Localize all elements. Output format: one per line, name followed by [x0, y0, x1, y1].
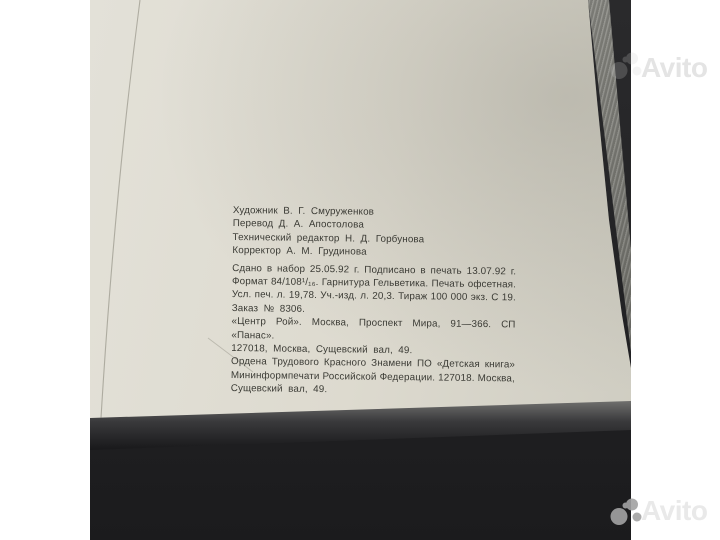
colophon-text-block: Художник В. Г. Смуруженков Перевод Д. А.…	[231, 204, 517, 399]
credit-line: Корректор А. М. Грудинова	[232, 244, 516, 261]
credits-block: Художник В. Г. Смуруженков Перевод Д. А.…	[232, 204, 517, 261]
product-photo: Художник В. Г. Смуруженков Перевод Д. А.…	[0, 0, 720, 540]
avito-watermark: Avito	[641, 52, 719, 84]
imprint-block: Сдано в набор 25.05.92 г. Подписано в пе…	[231, 262, 517, 400]
book-photo: Художник В. Г. Смуруженков Перевод Д. А.…	[90, 0, 631, 540]
avito-logo-icon	[601, 50, 643, 84]
imprint-line: «Центр Рой». Москва, Проспект Мира, 91—3…	[231, 315, 515, 345]
avito-watermark: Avito	[641, 495, 719, 527]
avito-logo-icon	[601, 496, 643, 530]
